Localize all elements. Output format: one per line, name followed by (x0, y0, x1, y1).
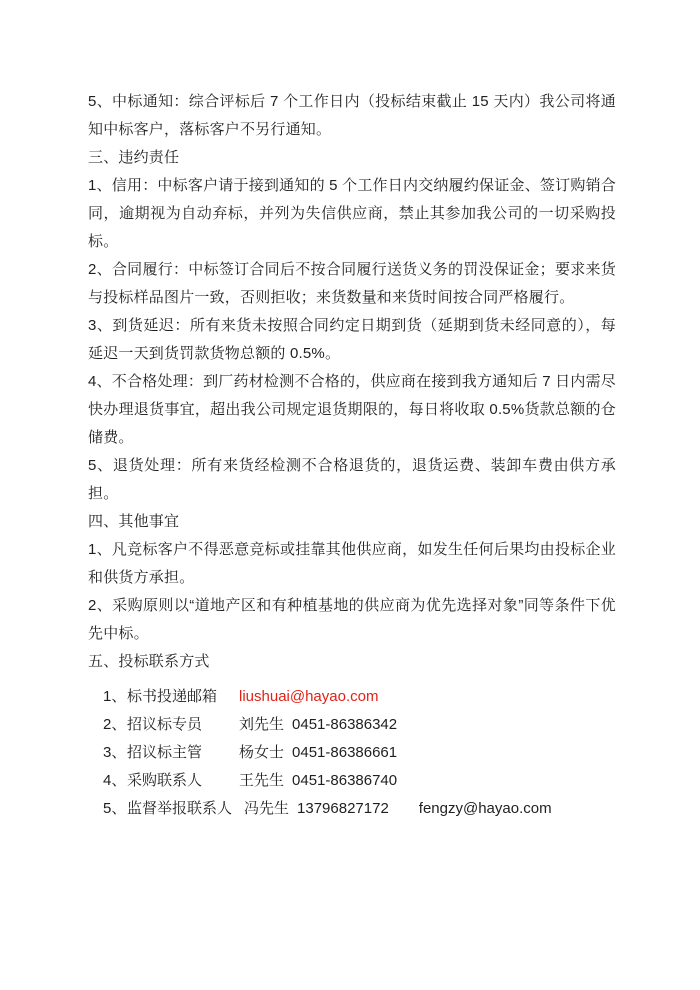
contact-index: 4、 (103, 767, 127, 795)
contact-email: fengzy@hayao.com (419, 795, 552, 823)
contact-row-whistleblower: 5、 监督举报联系人 冯先生 13796827172 fengzy@hayao.… (103, 795, 616, 823)
contact-row-bid-mailbox: 1、 标书投递邮箱 liushuai@hayao.com (103, 683, 616, 711)
contact-name: 冯先生 (244, 795, 289, 823)
section-heading-bid-contacts: 五、投标联系方式 (88, 648, 616, 676)
contact-role: 招议标专员 (127, 711, 227, 739)
contact-index: 3、 (103, 739, 127, 767)
contact-role: 采购联系人 (127, 767, 227, 795)
contact-email: liushuai@hayao.com (239, 683, 378, 711)
contact-phone: 0451-86386342 (292, 711, 397, 739)
section-heading-other-matters: 四、其他事宜 (88, 508, 616, 536)
contact-name: 杨女士 (239, 739, 284, 767)
contact-role: 标书投递邮箱 (127, 683, 227, 711)
clause-return-handling: 5、退货处理：所有来货经检测不合格退货的，退货运费、装卸车费由供方承担。 (88, 452, 616, 508)
contact-phone: 13796827172 (297, 795, 389, 823)
clause-delivery-delay: 3、到货延迟：所有来货未按照合同约定日期到货（延期到货未经同意的），每延迟一天到… (88, 312, 616, 368)
contact-name: 刘先生 (239, 711, 284, 739)
clause-no-malicious-bidding: 1、凡竞标客户不得恶意竞标或挂靠其他供应商，如发生任何后果均由投标企业和供货方承… (88, 536, 616, 592)
contact-role: 监督举报联系人 (127, 795, 232, 823)
clause-unqualified-goods: 4、不合格处理：到厂药材检测不合格的，供应商在接到我方通知后 7 日内需尽快办理… (88, 368, 616, 452)
contact-phone: 0451-86386740 (292, 767, 397, 795)
contact-list: 1、 标书投递邮箱 liushuai@hayao.com 2、 招议标专员 刘先… (103, 683, 616, 823)
clause-credit: 1、信用：中标客户请于接到通知的 5 个工作日内交纳履约保证金、签订购销合同，逾… (88, 172, 616, 256)
clause-procurement-principle: 2、采购原则以“道地产区和有种植基地的供应商为优先选择对象”同等条件下优先中标。 (88, 592, 616, 648)
contact-row-procurement: 4、 采购联系人 王先生 0451-86386740 (103, 767, 616, 795)
contact-index: 1、 (103, 683, 127, 711)
contact-index: 5、 (103, 795, 127, 823)
contact-row-bid-supervisor: 3、 招议标主管 杨女士 0451-86386661 (103, 739, 616, 767)
contact-name: 王先生 (239, 767, 284, 795)
contact-phone: 0451-86386661 (292, 739, 397, 767)
contact-index: 2、 (103, 711, 127, 739)
section-heading-breach-liability: 三、违约责任 (88, 144, 616, 172)
clause-award-notice: 5、中标通知：综合评标后 7 个工作日内（投标结束截止 15 天内）我公司将通知… (88, 88, 616, 144)
contact-role: 招议标主管 (127, 739, 227, 767)
document-page: 5、中标通知：综合评标后 7 个工作日内（投标结束截止 15 天内）我公司将通知… (0, 0, 700, 990)
document-content: 5、中标通知：综合评标后 7 个工作日内（投标结束截止 15 天内）我公司将通知… (88, 88, 616, 823)
clause-contract-performance: 2、合同履行：中标签订合同后不按合同履行送货义务的罚没保证金；要求来货与投标样品… (88, 256, 616, 312)
contact-row-bid-specialist: 2、 招议标专员 刘先生 0451-86386342 (103, 711, 616, 739)
